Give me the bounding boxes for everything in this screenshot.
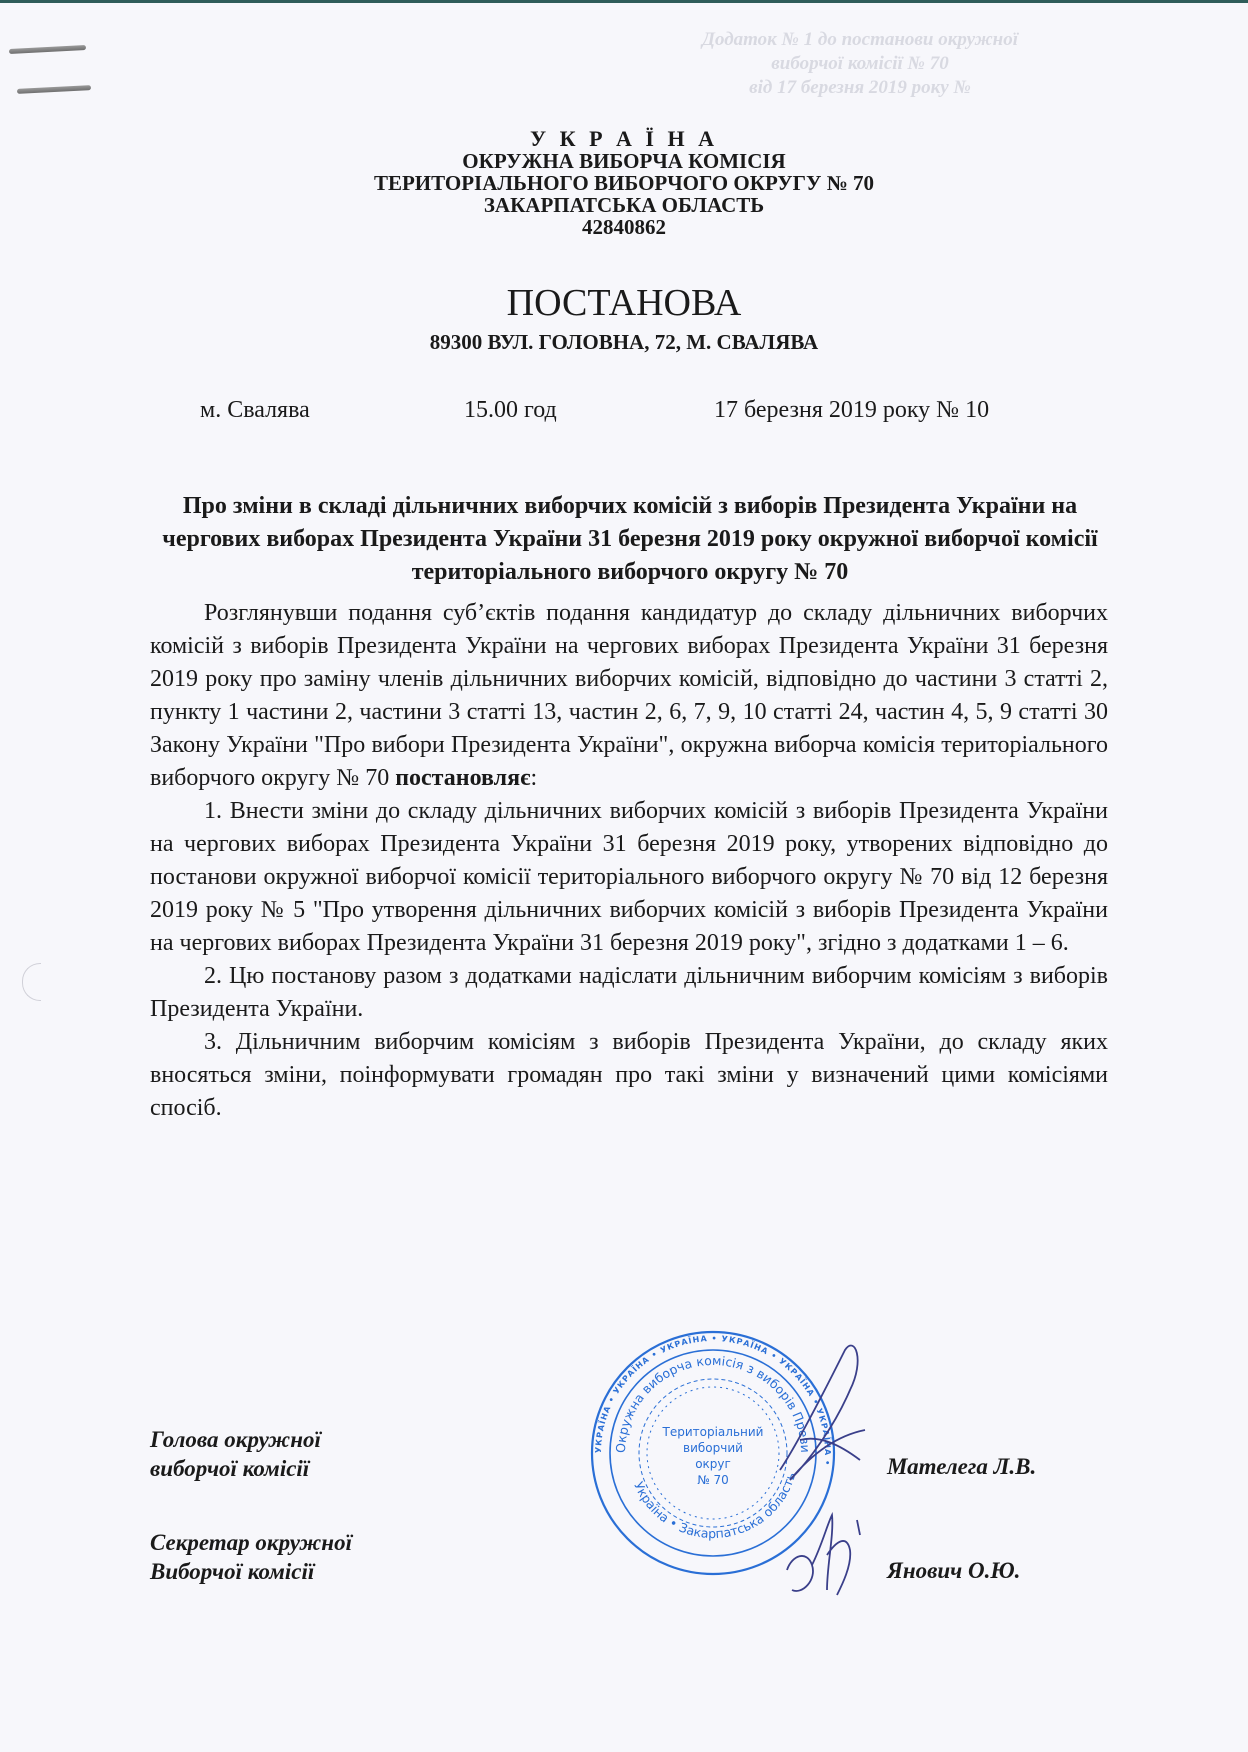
staple-mark [17, 85, 91, 94]
punch-hole-mark [22, 963, 41, 1001]
preamble-paragraph: Розглянувши подання суб’єктів подання ка… [150, 597, 1108, 795]
bleed-line: виборчої комісії № 70 [640, 52, 1080, 76]
bleed-line: від 17 березня 2019 року № [640, 76, 1080, 100]
seal-center-line: округ [695, 1457, 731, 1471]
letterhead: У К Р А Ї Н А ОКРУЖНА ВИБОРЧА КОМІСІЯ ТЕ… [0, 128, 1248, 238]
official-seal-icon: УКРАЇНА • УКРАЇНА • УКРАЇНА • УКРАЇНА • … [588, 1328, 838, 1578]
resolution-item-3: 3. Дільничним виборчим комісіям з виборі… [150, 1026, 1108, 1125]
resolves-word: постановляє [395, 765, 530, 791]
document-type: ПОСТАНОВА [0, 283, 1248, 323]
bleed-line: Додаток № 1 до постанови окружної [640, 28, 1080, 52]
org-name-line2: ТЕРИТОРІАЛЬНОГО ВИБОРЧОГО ОКРУГУ № 70 [0, 172, 1248, 194]
punctuation: : [530, 765, 537, 791]
label-line: Голова окружної [150, 1425, 321, 1454]
label-line: Секретар окружної [150, 1528, 352, 1557]
address: 89300 ВУЛ. ГОЛОВНА, 72, М. СВАЛЯВА [0, 330, 1248, 355]
preamble-text: Розглянувши подання суб’єктів подання ка… [150, 600, 1108, 791]
org-code: 42840862 [0, 216, 1248, 238]
page-top-edge [0, 0, 1248, 3]
org-name-line1: ОКРУЖНА ВИБОРЧА КОМІСІЯ [0, 150, 1248, 172]
label-line: виборчої комісії [150, 1454, 321, 1483]
seal-center-line: Територіальний [662, 1425, 764, 1439]
city: м. Свалява [200, 397, 310, 424]
seal-center-line: виборчий [683, 1441, 743, 1455]
document-body: Розглянувши подання суб’єктів подання ка… [150, 597, 1108, 1125]
resolution-item-2: 2. Цю постанову разом з додатками надісл… [150, 960, 1108, 1026]
secretary-signature-label: Секретар окружної Виборчої комісії [150, 1528, 352, 1586]
bleed-through-annex-text: Додаток № 1 до постанови окружної виборч… [640, 28, 1080, 100]
resolution-item-1: 1. Внести зміни до складу дільничних виб… [150, 795, 1108, 960]
date-and-number: 17 березня 2019 року № 10 [714, 397, 989, 424]
head-name: Мателега Л.В. [887, 1454, 1036, 1480]
secretary-name: Янович О.Ю. [887, 1558, 1020, 1584]
time: 15.00 год [464, 397, 557, 424]
region: ЗАКАРПАТСЬКА ОБЛАСТЬ [0, 194, 1248, 216]
seal-center-line: № 70 [697, 1473, 729, 1487]
label-line: Виборчої комісії [150, 1557, 352, 1586]
head-signature-label: Голова окружної виборчої комісії [150, 1425, 321, 1483]
staple-mark [9, 45, 86, 54]
document-title: Про зміни в складі дільничних виборчих к… [150, 490, 1110, 589]
country-name: У К Р А Ї Н А [0, 128, 1248, 150]
